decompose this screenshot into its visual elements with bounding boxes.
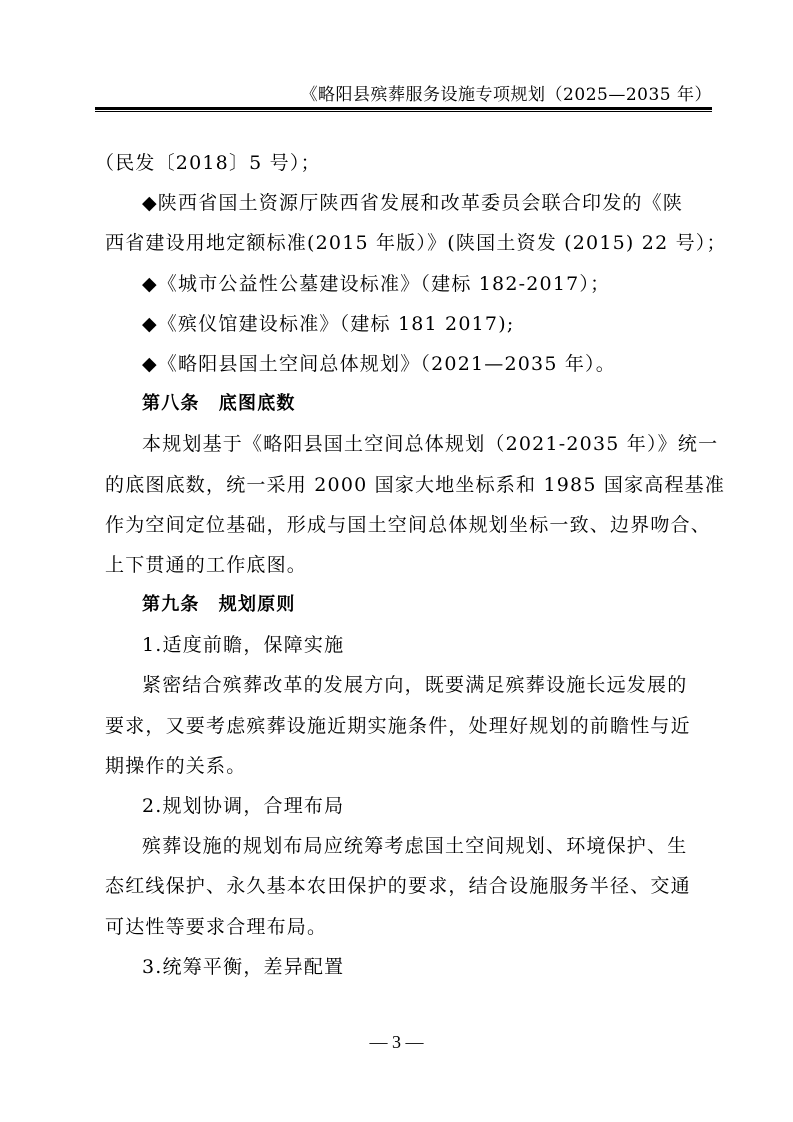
header-rule-thick — [95, 107, 712, 110]
paragraph-line: 本规划基于《略阳县国土空间总体规划（2021-2035 年）》统一 — [105, 424, 705, 464]
paragraph-line: 紧密结合殡葬改革的发展方向，既要满足殡葬设施长远发展的 — [105, 665, 705, 705]
bullet-item-territorial-plan: ◆《略阳县国土空间总体规划》（2021—2035 年）。 — [105, 344, 705, 384]
article-9-heading: 第九条 规划原则 — [105, 585, 705, 625]
text-line-reference-continuation: （民发〔2018〕5 号）； — [95, 143, 705, 183]
text-line-land-quota-continuation: 西省建设用地定额标准(2015 年版）》(陕国土资发 (2015) 22 号）； — [105, 223, 705, 263]
paragraph-line: 期操作的关系。 — [105, 746, 705, 786]
principle-3-heading: 3.统筹平衡，差异配置 — [105, 947, 705, 987]
document-body: （民发〔2018〕5 号）； ◆陕西省国土资源厅陕西省发展和改革委员会联合印发的… — [105, 143, 705, 987]
paragraph-line: 作为空间定位基础，形成与国土空间总体规划坐标一致、边界吻合、 — [105, 505, 705, 545]
bullet-item-land-quota-standard: ◆陕西省国土资源厅陕西省发展和改革委员会联合印发的《陕 — [105, 183, 705, 223]
bullet-item-cemetery-standard: ◆《城市公益性公墓建设标准》（建标 182-2017）； — [105, 264, 705, 304]
paragraph-line: 殡葬设施的规划布局应统筹考虑国土空间规划、环境保护、生 — [105, 826, 705, 866]
paragraph-line: 要求，又要考虑殡葬设施近期实施条件，处理好规划的前瞻性与近 — [105, 706, 705, 746]
article-8-heading: 第八条 底图底数 — [105, 384, 705, 424]
principle-1-heading: 1.适度前瞻，保障实施 — [105, 625, 705, 665]
running-header-title: 《略阳县殡葬服务设施专项规划（2025—2035 年） — [95, 80, 712, 105]
page-number: — 3 — — [0, 1032, 793, 1053]
paragraph-line: 上下贯通的工作底图。 — [105, 545, 705, 585]
bullet-item-funeral-home-standard: ◆《殡仪馆建设标准》（建标 181 2017); — [105, 304, 705, 344]
paragraph-line: 态红线保护、永久基本农田保护的要求，结合设施服务半径、交通 — [105, 866, 705, 906]
paragraph-line: 的底图底数，统一采用 2000 国家大地坐标系和 1985 国家高程基准 — [105, 465, 705, 505]
header-double-rule — [95, 107, 712, 113]
principle-2-heading: 2.规划协调，合理布局 — [105, 786, 705, 826]
header-rule-thin — [95, 111, 712, 112]
paragraph-line: 可达性等要求合理布局。 — [105, 907, 705, 947]
